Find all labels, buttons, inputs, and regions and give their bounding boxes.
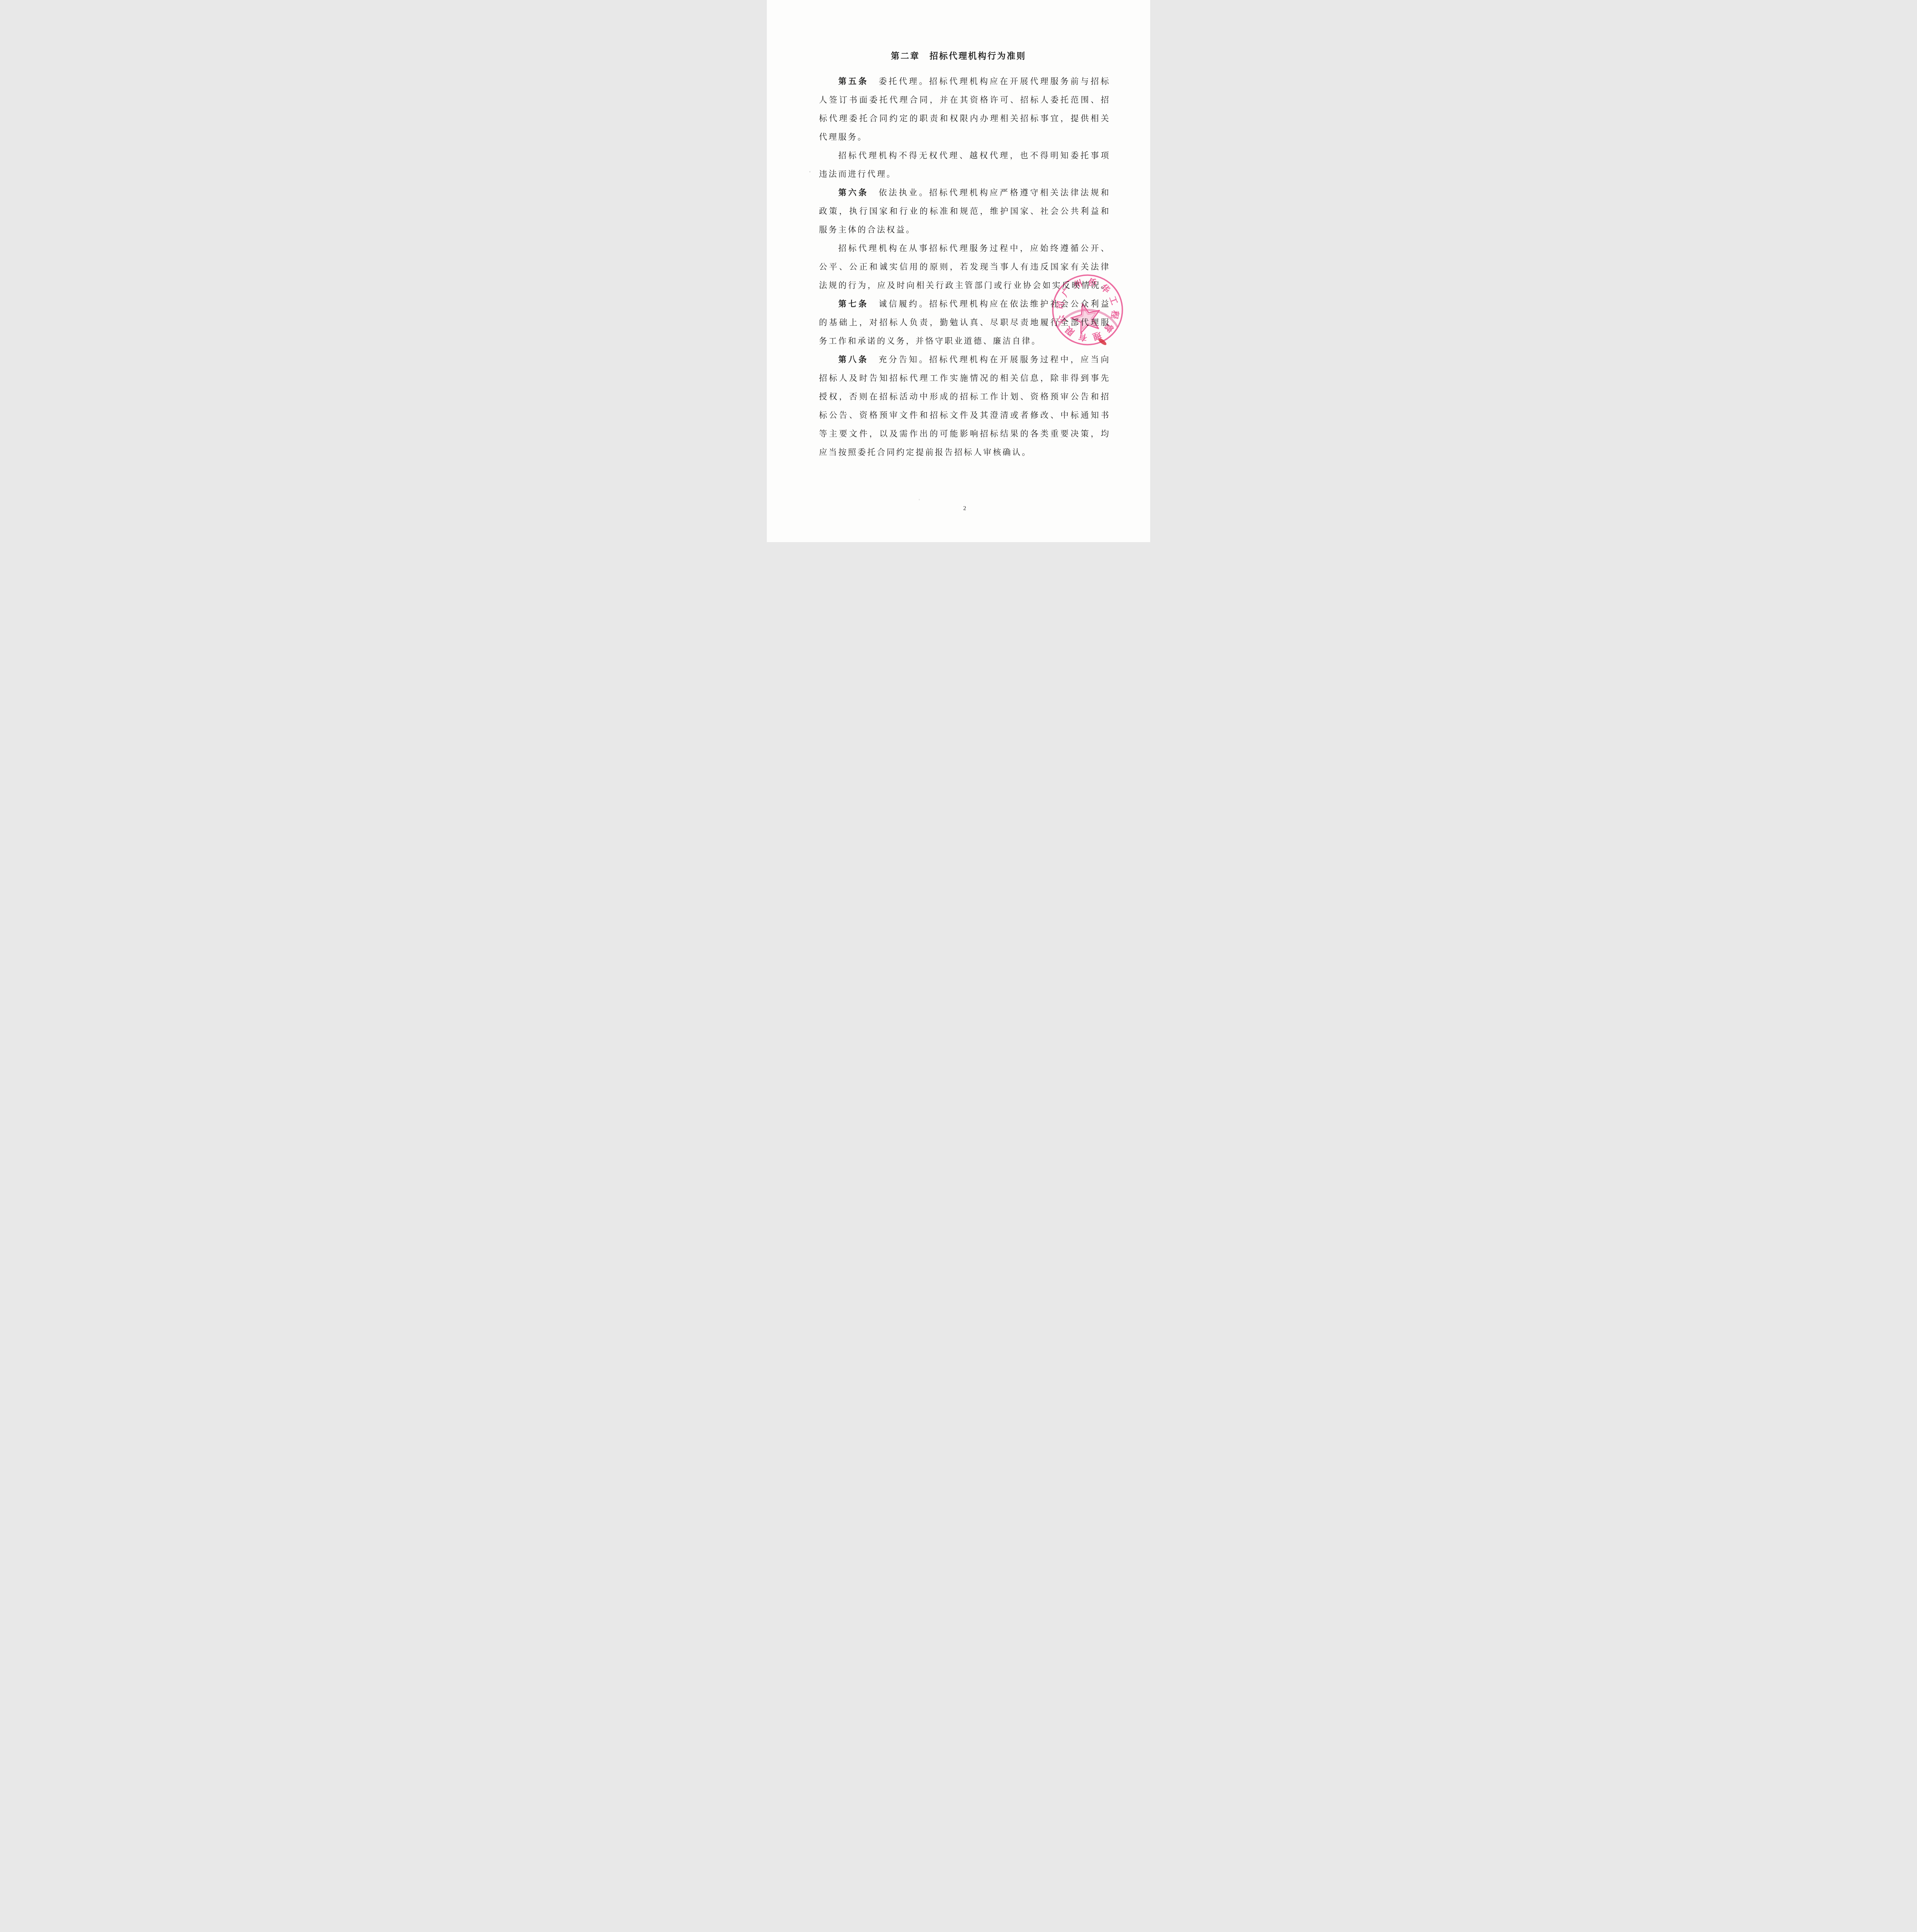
text-line: 政策，执行国家和行业的标准和规范，维护国家、社会公共利益和	[819, 202, 1109, 220]
text-line: 标公告、资格预审文件和招标文件及其澄清或者修改、中标通知书	[819, 406, 1109, 424]
article-number: 第五条	[838, 77, 868, 86]
seal-arc-character: 工	[1107, 294, 1120, 307]
text-line: 授权，否则在招标活动中形成的招标工作计划、资格预审公告和招	[819, 387, 1109, 406]
article-number: 第八条	[838, 355, 868, 364]
page-number: 2	[767, 505, 1150, 512]
text-line: 第五条 委托代理。招标代理机构应在开展代理服务前与招标	[819, 72, 1109, 90]
text-line: 招标代理机构在从事招标代理服务过程中，应始终遵循公开、	[819, 239, 1109, 257]
text-line: 招标人及时告知招标代理工作实施情况的相关信息，除非得到事先	[819, 369, 1109, 387]
document-body: 第五条 委托代理。招标代理机构应在开展代理服务前与招标人签订书面委托代理合同，并…	[819, 72, 1109, 461]
article-number: 第七条	[838, 299, 868, 308]
text-line: 等主要文件，以及需作出的可能影响招标结果的各类重要决策，均	[819, 424, 1109, 443]
scan-speck	[809, 171, 810, 172]
text-line: 人签订书面委托代理合同，并在其资格许可、招标人委托范围、招	[819, 90, 1109, 109]
scan-speck	[919, 499, 920, 500]
chapter-title: 第二章 招标代理机构行为准则	[767, 49, 1150, 61]
text-line: 应当按照委托合同约定提前报告招标人审核确认。	[819, 443, 1109, 461]
text-line: 服务主体的合法权益。	[819, 220, 1109, 239]
text-line: 法规的行为，应及时向相关行政主管部门或行业协会如实反映情况。	[819, 276, 1109, 294]
text-line: 公平、公正和诚实信用的原则，若发现当事人有违反国家有关法律	[819, 257, 1109, 276]
text-line: 第六条 依法执业。招标代理机构应严格遵守相关法律法规和	[819, 183, 1109, 202]
text-line: 代理服务。	[819, 128, 1109, 146]
text-line: 的基础上，对招标人负责，勤勉认真、尽职尽责地履行全部代理服	[819, 313, 1109, 332]
text-line: 违法而进行代理。	[819, 165, 1109, 183]
seal-arc-character: 程	[1109, 309, 1120, 320]
text-line: 标代理委托合同约定的职责和权限内办理相关招标事宜，提供相关	[819, 109, 1109, 128]
text-line: 第七条 诚信履约。招标代理机构应在依法维护社会公众利益	[819, 294, 1109, 313]
text-line: 招标代理机构不得无权代理、越权代理，也不得明知委托事项	[819, 146, 1109, 165]
text-line: 第八条 充分告知。招标代理机构在开展服务过程中，应当向	[819, 350, 1109, 369]
document-page: 第二章 招标代理机构行为准则 第五条 委托代理。招标代理机构应在开展代理服务前与…	[767, 0, 1150, 542]
article-number: 第六条	[838, 188, 868, 197]
text-line: 务工作和承诺的义务，并恪守职业道德、廉洁自律。	[819, 332, 1109, 350]
page-number-value: 2	[963, 505, 966, 512]
